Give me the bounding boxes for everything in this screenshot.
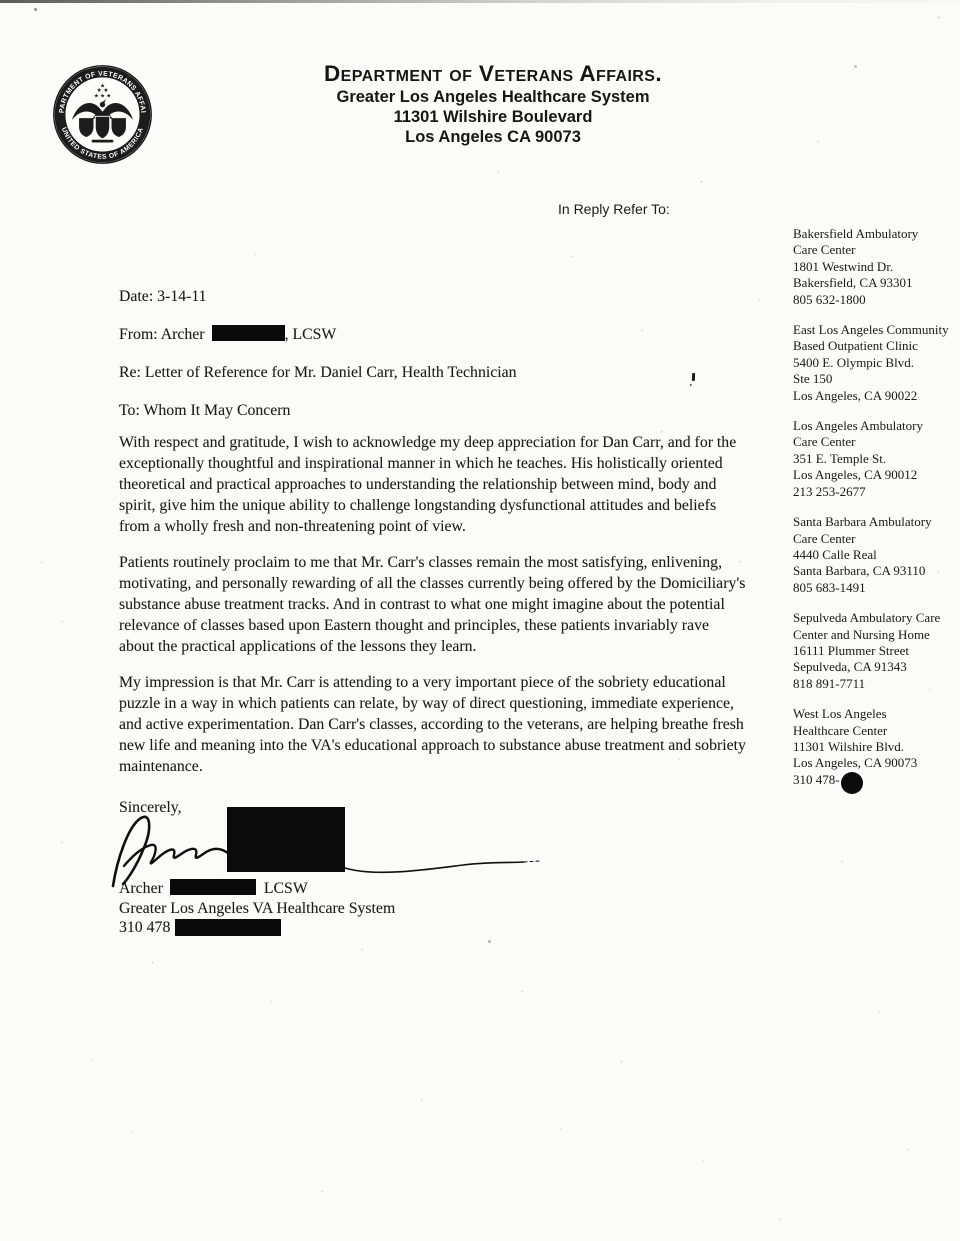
scan-noise-speckles [0, 0, 1, 1]
facility-los-angeles: Los Angeles Ambulatory Care Center 351 E… [793, 418, 960, 500]
svg-text:★: ★ [100, 83, 105, 89]
re-line: Re: Letter of Reference for Mr. Daniel C… [119, 362, 747, 383]
redaction-box [175, 919, 281, 936]
letterhead-system: Greater Los Angeles Healthcare System [263, 87, 723, 107]
from-line: From: Archer, LCSW [119, 324, 747, 345]
scan-edge-artifact [0, 0, 960, 3]
letterhead-city: Los Angeles CA 90073 [263, 127, 723, 147]
facility-west-la: West Los Angeles Healthcare Center 11301… [793, 706, 960, 788]
from-suffix: , LCSW [285, 326, 337, 343]
facility-address-list: Bakersfield Ambulatory Care Center 1801 … [793, 226, 960, 802]
facility-bakersfield: Bakersfield Ambulatory Care Center 1801 … [793, 226, 960, 308]
to-line: To: Whom It May Concern [119, 400, 747, 421]
svg-text:★ ★ ★: ★ ★ ★ [94, 93, 111, 99]
paragraph-1: With respect and gratitude, I wish to ac… [119, 432, 747, 537]
redaction-box [227, 807, 345, 872]
agency-name: Department of Veterans Affairs. [263, 61, 723, 87]
facility-west-la-phone: 310 478- [793, 772, 960, 788]
paragraph-3: My impression is that Mr. Carr is attend… [119, 672, 747, 777]
handwritten-signature [119, 818, 747, 879]
va-seal-icon: DEPARTMENT OF VETERANS AFFAIRS UNITED ST… [52, 64, 153, 165]
in-reply-refer-label: In Reply Refer To: [558, 201, 670, 217]
letter-body: Date: 3-14-11 From: Archer, LCSW Re: Let… [119, 286, 747, 938]
redaction-dot [841, 772, 863, 794]
facility-santa-barbara: Santa Barbara Ambulatory Care Center 444… [793, 514, 960, 596]
signer-phone-line: 310 478 [119, 918, 747, 938]
phone-prefix: 310 478- [793, 772, 840, 788]
from-prefix: From: Archer [119, 326, 205, 343]
signature-ink-icon [107, 804, 547, 896]
redaction-box [212, 325, 285, 341]
facility-west-la-lines: West Los Angeles Healthcare Center 11301… [793, 706, 917, 770]
letterhead: Department of Veterans Affairs. Greater … [263, 61, 723, 147]
paragraph-2: Patients routinely proclaim to me that M… [119, 552, 747, 657]
facility-sepulveda: Sepulveda Ambulatory Care Center and Nur… [793, 610, 960, 692]
signer-organization: Greater Los Angeles VA Healthcare System [119, 899, 747, 919]
facility-east-la: East Los Angeles Community Based Outpati… [793, 322, 960, 404]
date-line: Date: 3-14-11 [119, 286, 747, 307]
letterhead-street: 11301 Wilshire Boulevard [263, 107, 723, 127]
scanned-letter-page: DEPARTMENT OF VETERANS AFFAIRS UNITED ST… [0, 0, 960, 1241]
signer-phone-prefix: 310 478 [119, 919, 170, 936]
